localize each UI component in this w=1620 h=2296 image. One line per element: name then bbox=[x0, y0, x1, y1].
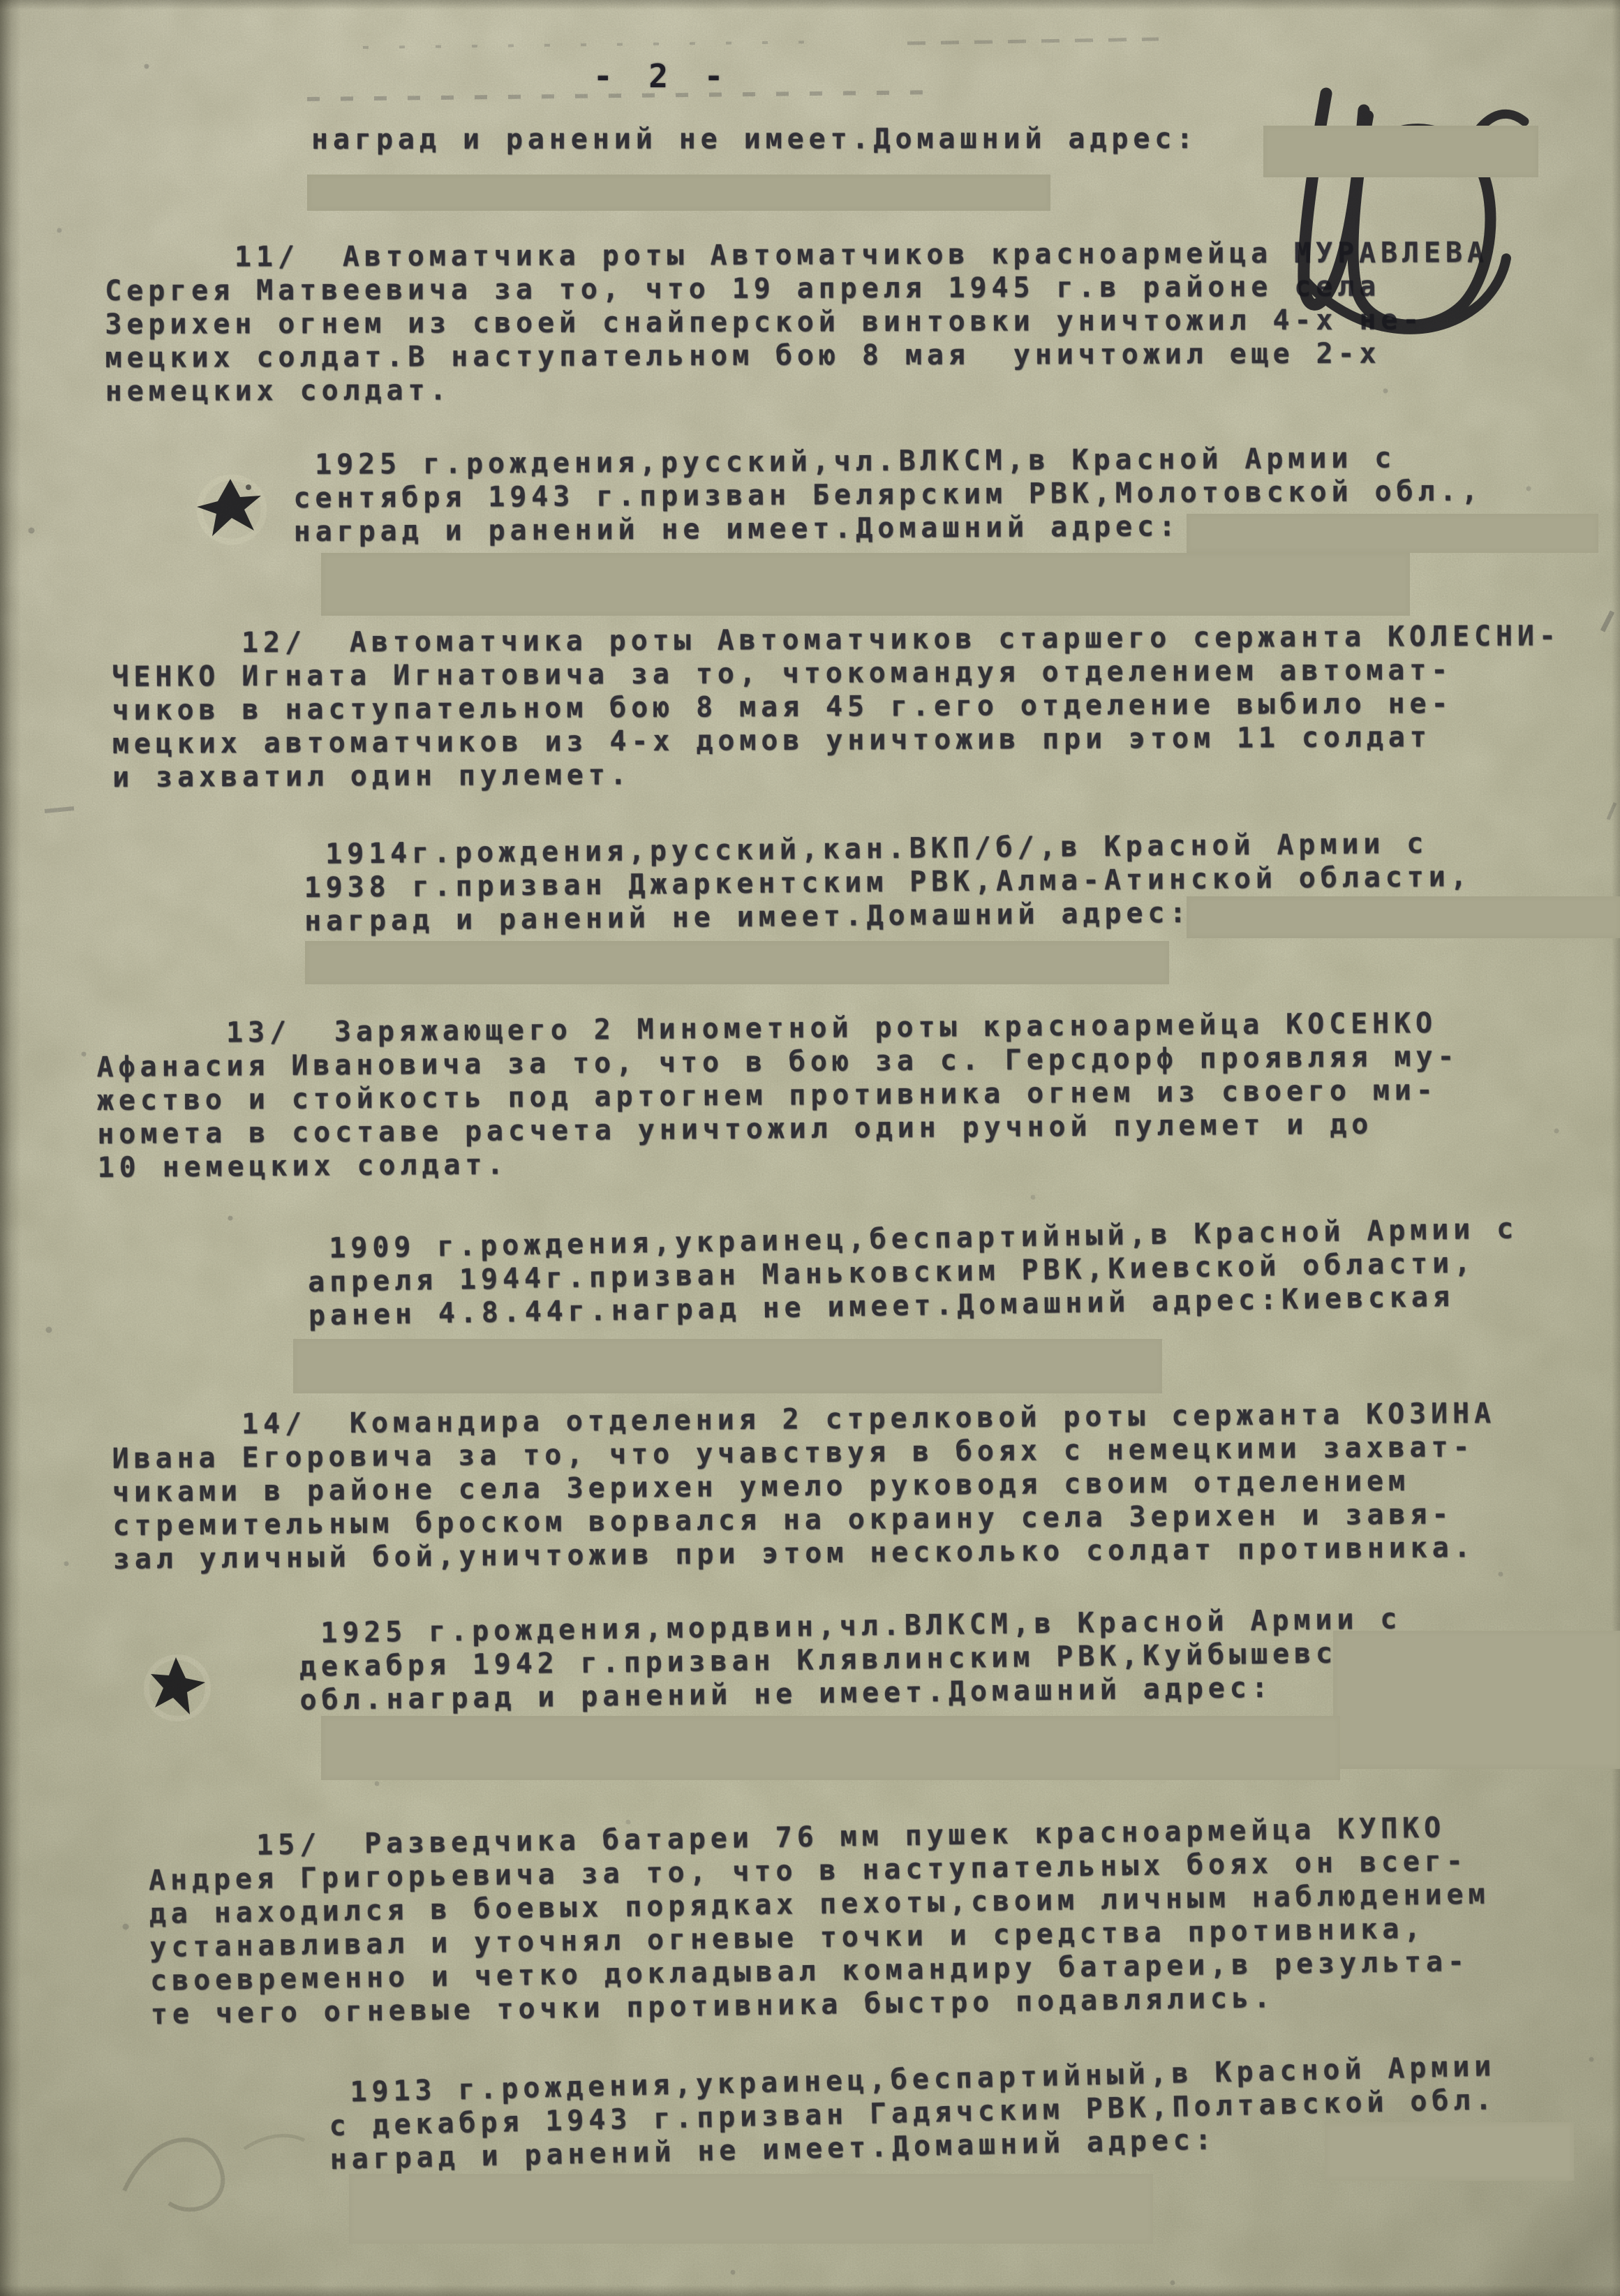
redaction-block bbox=[1333, 1631, 1620, 1769]
entry-15-bio: 1913 г.рождения,украинец,беспартийный,в … bbox=[328, 2050, 1498, 2177]
redaction-block bbox=[1263, 126, 1538, 177]
scanned-document-page: - 2 - наград и ранений не имеет.Домашний… bbox=[0, 0, 1620, 2296]
pencil-mark-icon bbox=[105, 2100, 328, 2232]
redaction-block bbox=[321, 1716, 1340, 1780]
scan-edge-shadow bbox=[1612, 0, 1620, 2296]
redaction-block bbox=[321, 553, 1410, 616]
scan-edge-shadow bbox=[0, 0, 21, 2296]
entry-14-bio: 1925 г.рождения,мордвин,чл.ВЛКСМ,в Красн… bbox=[299, 1602, 1403, 1717]
redaction-block bbox=[305, 941, 1169, 984]
redaction-block bbox=[1187, 896, 1620, 938]
redaction-block bbox=[293, 1339, 1162, 1393]
ink-blot-icon bbox=[137, 1646, 221, 1730]
redaction-block bbox=[1325, 2122, 1574, 2181]
scan-edge-shadow bbox=[0, 0, 1620, 10]
entry-13-bio: 1909 г.рождения,украинец,беспартийный,в … bbox=[307, 1212, 1519, 1333]
redaction-block bbox=[349, 2174, 1153, 2244]
ink-blot-icon bbox=[176, 466, 281, 550]
entry-13-citation: 13/ Заряжающего 2 Минометной роты красно… bbox=[96, 1007, 1460, 1185]
entry-14-citation: 14/ Командира отделения 2 стрелковой рот… bbox=[112, 1397, 1497, 1576]
scan-edge-shadow bbox=[0, 2285, 1620, 2296]
redaction-block bbox=[307, 175, 1050, 211]
entry-12-citation: 12/ Автоматчика роты Автоматчиков старше… bbox=[112, 619, 1561, 794]
top-paragraph-fragment: наград и ранений не имеет.Домашний адрес… bbox=[311, 122, 1198, 156]
page-number: - 2 - bbox=[593, 57, 731, 95]
redaction-block bbox=[1187, 514, 1598, 553]
entry-15-citation: 15/ Разведчика батареи 76 мм пушек красн… bbox=[148, 1811, 1492, 2031]
handwritten-mark-icon bbox=[1244, 64, 1572, 364]
